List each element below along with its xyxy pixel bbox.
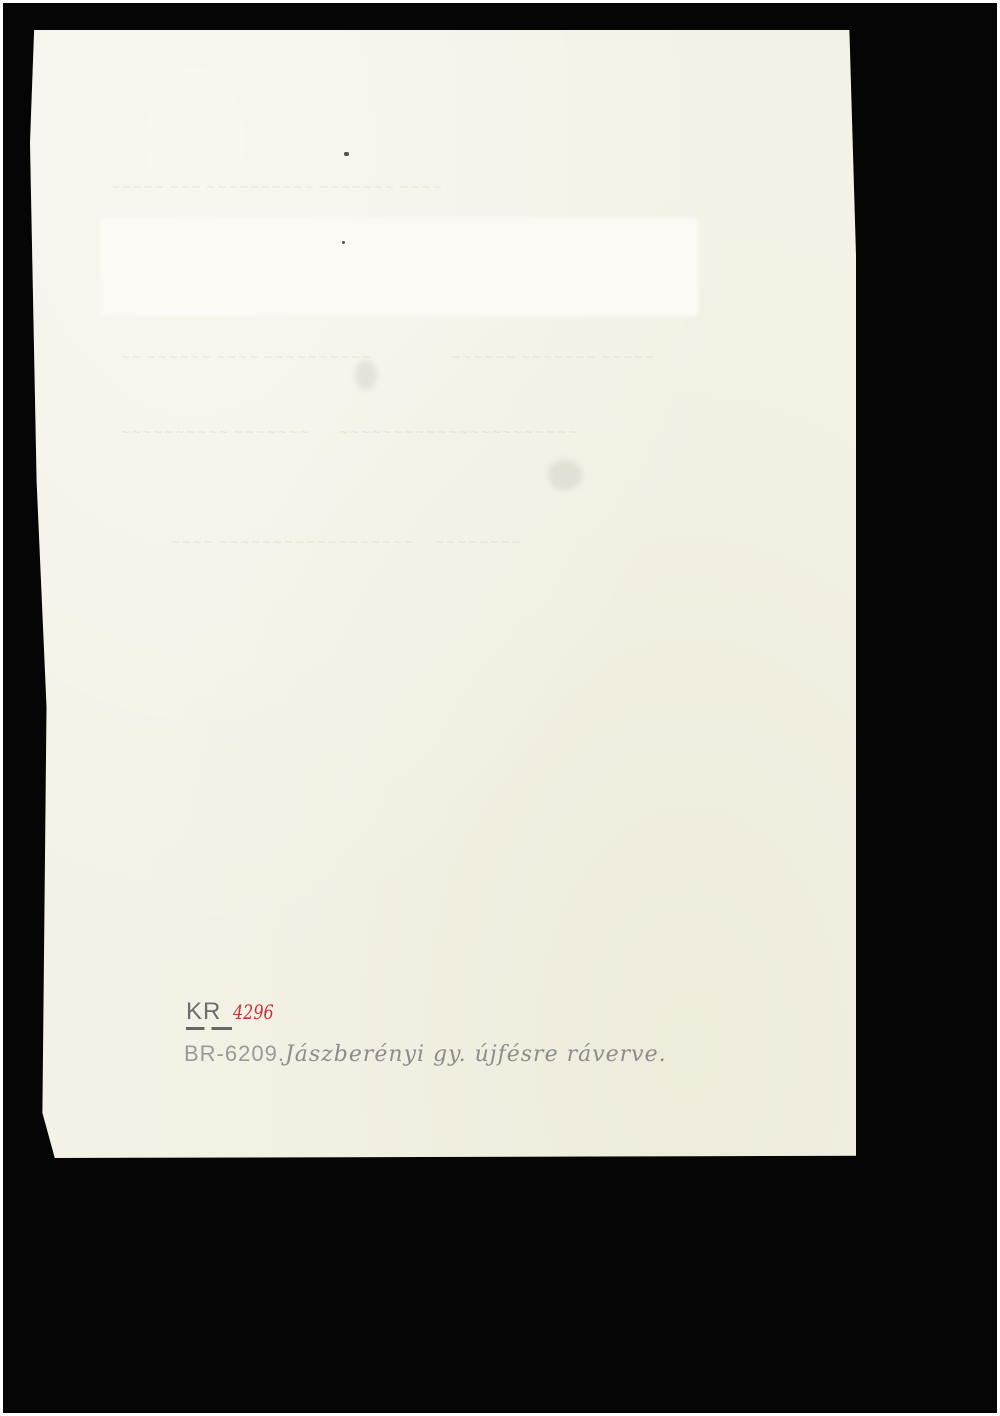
showthrough-text: ~~~~~~~~~~ ~~~~~~~ ~~~~~~~~~~~~~~~~~~~~~…	[120, 425, 578, 440]
showthrough-text: ~~~~~ ~~~ ~~~~~~~~~~ ~~~~~~~ ~~~~	[110, 180, 442, 195]
showthrough-text: ~~ ~~~~~~ ~~~~ ~~~~~~~~~~ ~~~~~~ ~~~~~~~…	[120, 350, 655, 365]
blank-label-area	[100, 218, 698, 316]
collection-code: KR	[186, 998, 221, 1026]
ink-speck	[344, 152, 349, 156]
collection-code-underline	[186, 1027, 232, 1030]
smudge-stain	[548, 460, 582, 490]
handwritten-note: BR-6209.Jászberényi gy. újfésre ráverve.	[184, 1041, 667, 1067]
ink-speck	[342, 241, 345, 244]
note-code: BR-6209.	[184, 1041, 285, 1066]
inventory-number: 4296	[233, 1000, 274, 1024]
paper-sheet: ~~~~~ ~~~ ~~~~~~~~~~ ~~~~~~~ ~~~~ ~~ ~~~…	[30, 30, 856, 1158]
showthrough-text: ~~~~ ~~~~~~~~~~~~~~~~~~ ~~~~~~~~	[170, 535, 522, 550]
note-text: Jászberényi gy. újfésre ráverve.	[285, 1042, 667, 1067]
